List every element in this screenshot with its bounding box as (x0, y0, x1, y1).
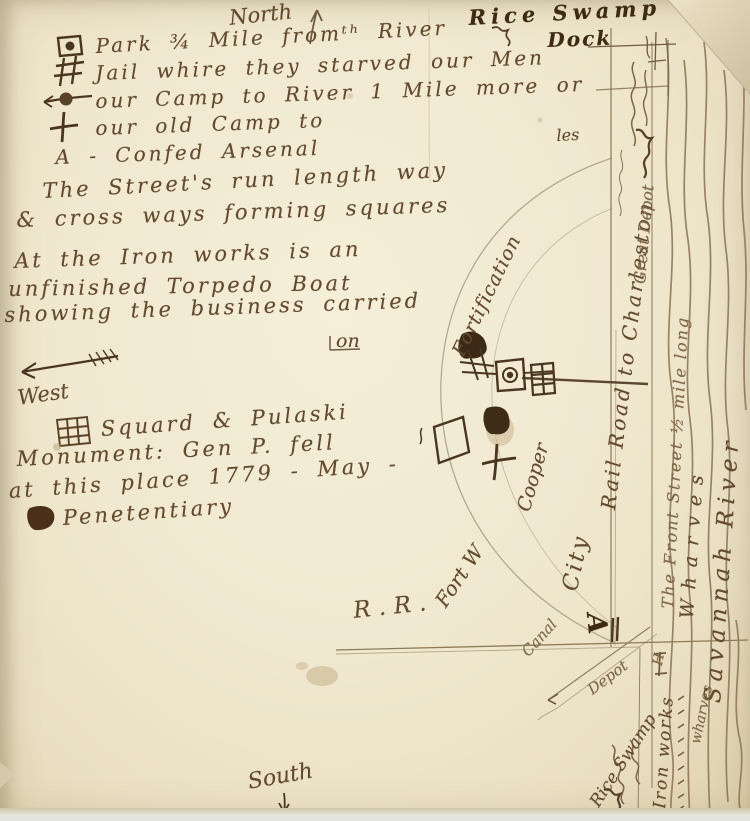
scan-background-strip (0, 808, 750, 821)
scanned-map-page: North Rice Swamp Dock Park ¾ Mile fromᵗʰ… (0, 0, 750, 821)
h-marker-label: H (650, 652, 668, 667)
a-marker-label: A (580, 611, 613, 635)
legend-camp-wrap-text: les (556, 125, 580, 145)
dock-label: Dock (547, 26, 613, 52)
note-ironworks-line4: on (336, 330, 360, 352)
